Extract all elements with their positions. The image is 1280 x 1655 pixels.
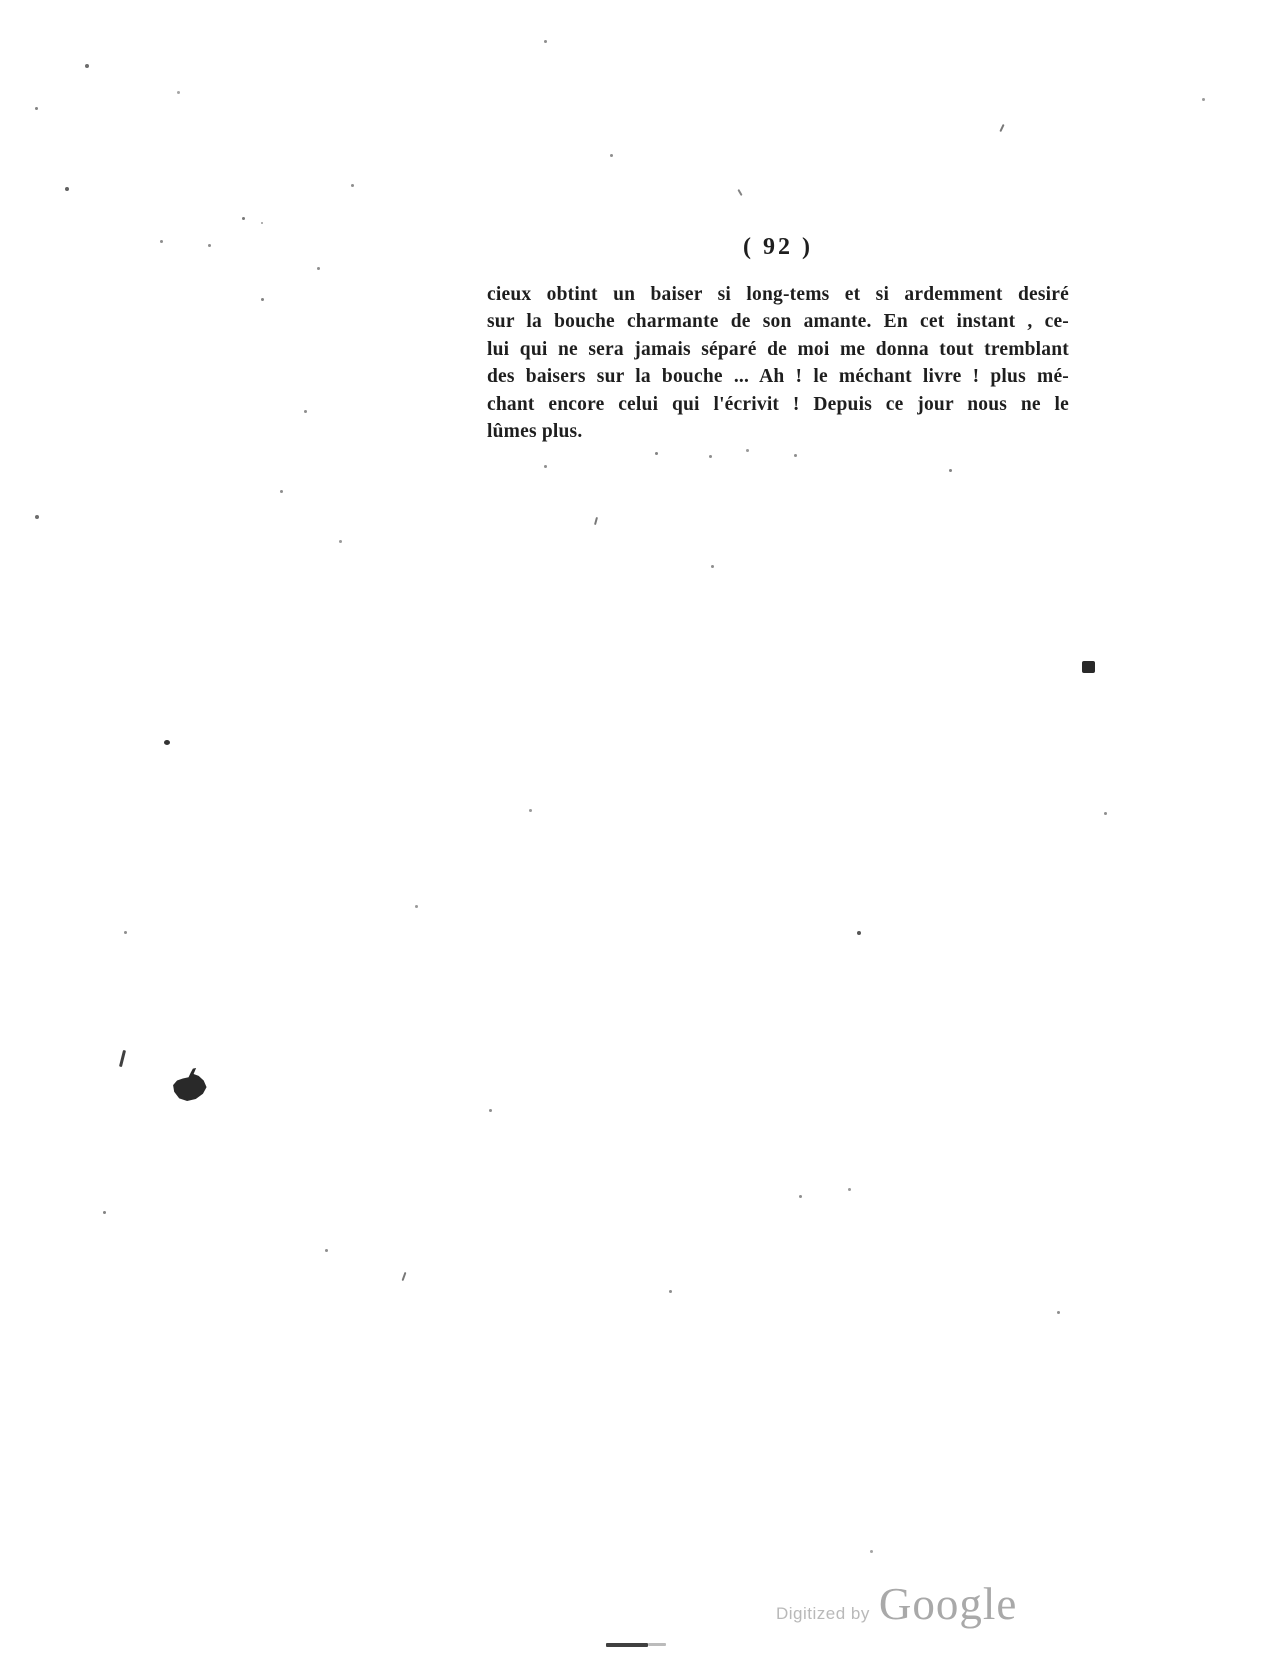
pen-stroke bbox=[119, 1050, 126, 1067]
ink-dot bbox=[164, 740, 170, 745]
speck bbox=[529, 809, 532, 812]
edge-dash-faint bbox=[648, 1643, 666, 1646]
speck bbox=[655, 452, 658, 455]
text-line: chant encore celui qui l'écrivit ! Depui… bbox=[487, 391, 1069, 418]
speck bbox=[709, 455, 712, 458]
speck bbox=[208, 244, 211, 247]
speck bbox=[304, 410, 307, 413]
speck bbox=[339, 540, 342, 543]
speck bbox=[65, 187, 69, 191]
speck bbox=[489, 1109, 492, 1112]
speck bbox=[746, 449, 749, 452]
speck bbox=[857, 931, 861, 935]
speck bbox=[594, 517, 598, 525]
scanned-book-page: ( 92 ) cieux obtint un baiser si long-te… bbox=[0, 0, 1280, 1655]
google-watermark: Digitized by Google bbox=[776, 1578, 1017, 1630]
speck bbox=[402, 1272, 407, 1281]
speck bbox=[35, 515, 39, 519]
speck bbox=[1202, 98, 1205, 101]
text-line: lûmes plus. bbox=[487, 418, 1069, 445]
page-number: ( 92 ) bbox=[487, 234, 1069, 261]
ink-square bbox=[1082, 661, 1095, 673]
speck bbox=[35, 107, 38, 110]
speck bbox=[317, 267, 320, 270]
ink-blot bbox=[172, 1068, 208, 1101]
speck bbox=[103, 1211, 106, 1214]
edge-dash bbox=[606, 1643, 648, 1647]
speck bbox=[351, 184, 354, 187]
speck bbox=[848, 1188, 851, 1191]
speck bbox=[999, 124, 1004, 132]
speck bbox=[160, 240, 163, 243]
speck bbox=[261, 222, 263, 224]
speck bbox=[325, 1249, 328, 1252]
speck bbox=[124, 931, 127, 934]
speck bbox=[737, 189, 742, 196]
speck bbox=[1057, 1311, 1060, 1314]
speck bbox=[415, 905, 418, 908]
speck bbox=[544, 465, 547, 468]
text-line: des baisers sur la bouche ... Ah ! le mé… bbox=[487, 363, 1069, 390]
text-line: lui qui ne sera jamais séparé de moi me … bbox=[487, 336, 1069, 363]
speck bbox=[794, 454, 797, 457]
speck bbox=[242, 217, 245, 220]
speck bbox=[544, 40, 547, 43]
speck bbox=[711, 565, 714, 568]
speck bbox=[870, 1550, 873, 1553]
speck bbox=[669, 1290, 672, 1293]
speck bbox=[177, 91, 180, 94]
speck bbox=[949, 469, 952, 472]
google-logo: Google bbox=[879, 1578, 1017, 1630]
body-paragraph: cieux obtint un baiser si long-tems et s… bbox=[487, 281, 1069, 445]
speck bbox=[261, 298, 264, 301]
speck bbox=[799, 1195, 802, 1198]
text-line: cieux obtint un baiser si long-tems et s… bbox=[487, 281, 1069, 308]
speck bbox=[1104, 812, 1107, 815]
speck bbox=[85, 64, 89, 68]
text-line: sur la bouche charmante de son amante. E… bbox=[487, 308, 1069, 335]
speck bbox=[610, 154, 613, 157]
digitized-by-label: Digitized by bbox=[776, 1604, 870, 1624]
speck bbox=[280, 490, 283, 493]
